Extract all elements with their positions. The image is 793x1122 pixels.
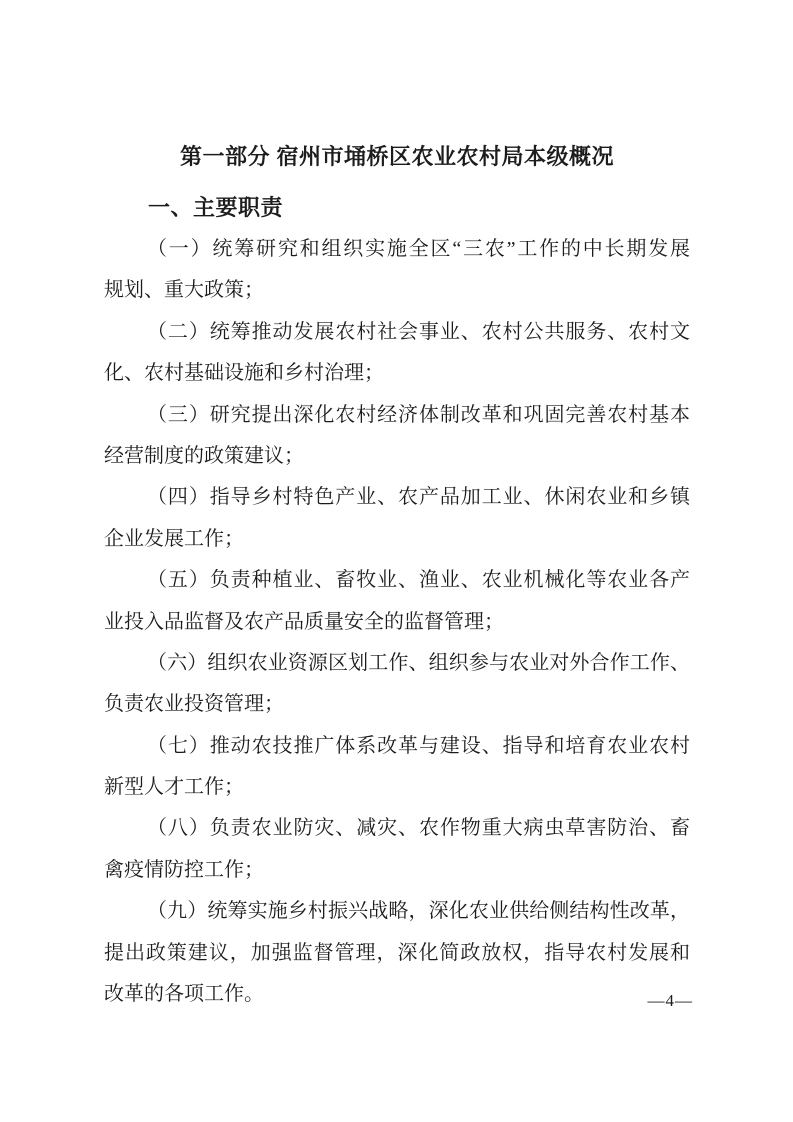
paragraph: （九）统筹实施乡村振兴战略，深化农业供给侧结构性改革， 提出政策建议，加强监督管…: [104, 891, 690, 1015]
paragraph: （八）负责农业防灾、减灾、农作物重大病虫草害防治、畜 禽疫情防控工作；: [104, 808, 690, 891]
paragraph-line: （五）负责种植业、畜牧业、渔业、农业机械化等农业各产: [104, 560, 690, 601]
paragraph-line: （四）指导乡村特色产业、农产品加工业、休闲农业和乡镇: [104, 477, 690, 518]
paragraph-line: 业投入品监督及农产品质量安全的监督管理；: [104, 602, 690, 643]
paragraph: （五）负责种植业、畜牧业、渔业、农业机械化等农业各产 业投入品监督及农产品质量安…: [104, 560, 690, 643]
paragraph-line: 经营制度的政策建议；: [104, 436, 690, 477]
document-title: 第一部分 宿州市埇桥区农业农村局本级概况: [104, 136, 690, 178]
paragraph-line: 化、农村基础设施和乡村治理；: [104, 353, 690, 394]
paragraph-line: （九）统筹实施乡村振兴战略，深化农业供给侧结构性改革，: [104, 891, 690, 932]
paragraph-line: （三）研究提出深化农村经济体制改革和巩固完善农村基本: [104, 395, 690, 436]
paragraph-line: 改革的各项工作。: [104, 974, 690, 1015]
paragraph-line: 企业发展工作；: [104, 519, 690, 560]
section-heading: 一、主要职责: [104, 187, 690, 229]
paragraph-line: 新型人才工作；: [104, 767, 690, 808]
paragraph-line: 禽疫情防控工作；: [104, 850, 690, 891]
document-content: 第一部分 宿州市埇桥区农业农村局本级概况 一、主要职责 （一）统筹研究和组织实施…: [0, 0, 793, 1015]
paragraph: （二）统筹推动发展农村社会事业、农村公共服务、农村文 化、农村基础设施和乡村治理…: [104, 312, 690, 395]
paragraph: （七）推动农技推广体系改革与建设、指导和培育农业农村 新型人才工作；: [104, 726, 690, 809]
paragraph-line: （一）统筹研究和组织实施全区“三农”工作的中长期发展: [104, 229, 690, 270]
paragraph-line: （七）推动农技推广体系改革与建设、指导和培育农业农村: [104, 726, 690, 767]
paragraph: （四）指导乡村特色产业、农产品加工业、休闲农业和乡镇 企业发展工作；: [104, 477, 690, 560]
paragraph-line: （二）统筹推动发展农村社会事业、农村公共服务、农村文: [104, 312, 690, 353]
paragraph: （一）统筹研究和组织实施全区“三农”工作的中长期发展 规划、重大政策；: [104, 229, 690, 312]
page-number: —4—: [648, 990, 694, 1012]
paragraph-line: 规划、重大政策；: [104, 270, 690, 311]
paragraph-line: 负责农业投资管理；: [104, 684, 690, 725]
paragraph: （三）研究提出深化农村经济体制改革和巩固完善农村基本 经营制度的政策建议；: [104, 395, 690, 478]
paragraph-line: 提出政策建议，加强监督管理，深化简政放权，指导农村发展和: [104, 933, 690, 974]
paragraph-line: （六）组织农业资源区划工作、组织参与农业对外合作工作、: [104, 643, 690, 684]
paragraph: （六）组织农业资源区划工作、组织参与农业对外合作工作、 负责农业投资管理；: [104, 643, 690, 726]
document-page: 第一部分 宿州市埇桥区农业农村局本级概况 一、主要职责 （一）统筹研究和组织实施…: [0, 0, 793, 1122]
paragraph-line: （八）负责农业防灾、减灾、农作物重大病虫草害防治、畜: [104, 808, 690, 849]
